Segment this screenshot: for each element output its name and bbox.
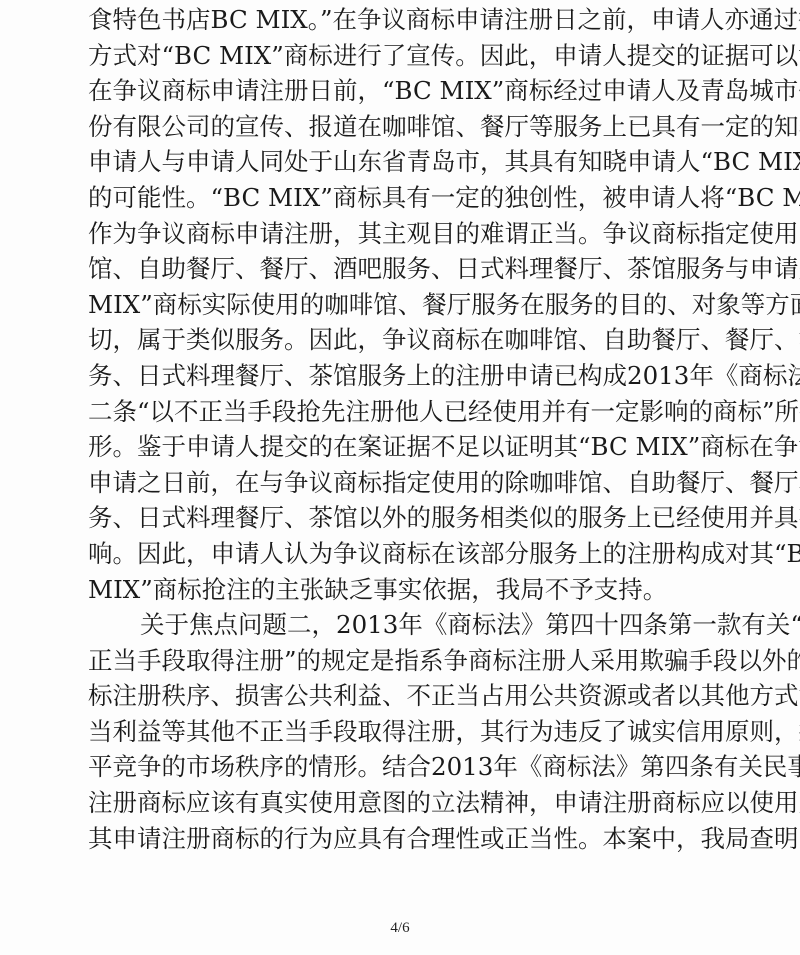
text-line: 申请人与申请人同处于山东省青岛市，其具有知晓申请人“BC MIX”商标 [88, 144, 714, 180]
text-line: 二条“以不正当手段抢先注册他人已经使用并有一定影响的商标”所指的情 [88, 394, 714, 430]
text-line: 当利益等其他不正当手段取得注册，其行为违反了诚实信用原则，损害了公 [88, 714, 714, 750]
text-line: 的可能性。“BC MIX”商标具有一定的独创性，被申请人将“BC MIX” [88, 180, 714, 216]
text-line: 食特色书店BC MIX。”在争议商标申请注册日之前，申请人亦通过微博等 [88, 2, 714, 38]
paragraph-1: 食特色书店BC MIX。”在争议商标申请注册日之前，申请人亦通过微博等 方式对“… [88, 2, 714, 607]
document-body: 食特色书店BC MIX。”在争议商标申请注册日之前，申请人亦通过微博等 方式对“… [88, 2, 714, 856]
text-line: MIX”商标抢注的主张缺乏事实依据，我局不予支持。 [88, 572, 714, 608]
text-line: 申请之日前，在与争议商标指定使用的除咖啡馆、自助餐厅、餐厅、酒吧服 [88, 465, 714, 501]
text-line: 响。因此，申请人认为争议商标在该部分服务上的注册构成对其“BC [88, 536, 714, 572]
text-line: 务、日式料理餐厅、茶馆服务上的注册申请已构成2013年《商标法》第三十 [88, 358, 714, 394]
text-line: 方式对“BC MIX”商标进行了宣传。因此，申请人提交的证据可以证明， [88, 38, 714, 74]
text-line: 平竞争的市场秩序的情形。结合2013年《商标法》第四条有关民事主体申请 [88, 749, 714, 785]
text-line: 其申请注册商标的行为应具有合理性或正当性。本案中，我局查明的事实5 [88, 821, 714, 857]
paragraph-2: 关于焦点问题二，2013年《商标法》第四十四条第一款有关“以其他不 正当手段取得… [88, 607, 714, 856]
text-line: 正当手段取得注册”的规定是指系争商标注册人采用欺骗手段以外的扰乱商 [88, 643, 714, 679]
text-line: 作为争议商标申请注册，其主观目的难谓正当。争议商标指定使用的咖啡 [88, 216, 714, 252]
text-line: 标注册秩序、损害公共利益、不正当占用公共资源或者以其他方式谋取不正 [88, 678, 714, 714]
text-line: 在争议商标申请注册日前，“BC MIX”商标经过申请人及青岛城市传媒股 [88, 73, 714, 109]
text-line: 切，属于类似服务。因此，争议商标在咖啡馆、自助餐厅、餐厅、酒吧服 [88, 322, 714, 358]
page-number: 4/6 [0, 920, 800, 937]
text-line: 注册商标应该有真实使用意图的立法精神，申请注册商标应以使用为目的， [88, 785, 714, 821]
text-line: MIX”商标实际使用的咖啡馆、餐厅服务在服务的目的、对象等方面关联密 [88, 287, 714, 323]
document-page: 食特色书店BC MIX。”在争议商标申请注册日之前，申请人亦通过微博等 方式对“… [0, 0, 800, 955]
text-line: 关于焦点问题二，2013年《商标法》第四十四条第一款有关“以其他不 [88, 607, 714, 643]
text-line: 务、日式料理餐厅、茶馆以外的服务相类似的服务上已经使用并具有一定影 [88, 500, 714, 536]
text-line: 形。鉴于申请人提交的在案证据不足以证明其“BC MIX”商标在争议商标 [88, 429, 714, 465]
text-line: 份有限公司的宣传、报道在咖啡馆、餐厅等服务上已具有一定的知名度。被 [88, 109, 714, 145]
text-line: 馆、自助餐厅、餐厅、酒吧服务、日式料理餐厅、茶馆服务与申请人“BC [88, 251, 714, 287]
